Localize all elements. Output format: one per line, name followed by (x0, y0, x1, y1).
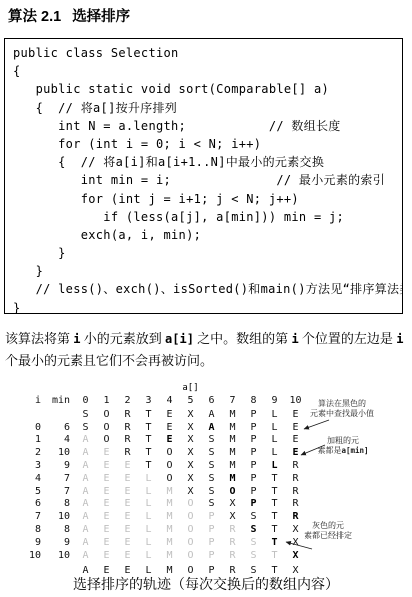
trace-cell: M (222, 460, 243, 473)
code-line: public static void sort(Comparable[] a) (13, 80, 402, 98)
trace-i-value: 4 (25, 473, 41, 486)
trace-cell: E (96, 550, 117, 563)
col-header-index: 9 (264, 395, 285, 408)
col-header-i: i (25, 395, 41, 408)
trace-cell: S (243, 550, 264, 563)
code-line: } (13, 244, 402, 262)
trace-cell: P (243, 486, 264, 499)
trace-cell: X (180, 409, 201, 422)
code-line: exch(a, i, min); (13, 226, 402, 244)
code-line: { // 将a[]按升序排列 (13, 99, 402, 117)
trace-cell: O (96, 409, 117, 422)
annotation-line: 算法在黑色的 (308, 399, 376, 409)
trace-cell: O (180, 537, 201, 550)
code-line: int min = i; // 最小元素的索引 (13, 171, 402, 189)
trace-cell: T (264, 550, 285, 563)
trace-cell: E (117, 473, 138, 486)
text-run: 小的元素放到 (81, 331, 166, 346)
trace-cell: P (201, 550, 222, 563)
trace-cell: T (138, 409, 159, 422)
trace-cell: O (96, 422, 117, 435)
trace-i-value: 5 (25, 486, 41, 499)
trace-cell: A (201, 409, 222, 422)
trace-cell: P (201, 511, 222, 524)
trace-table: imin012345678910SORTEXAMPLE06SORTEXAMPLE… (25, 395, 306, 578)
trace-cell: R (285, 473, 306, 486)
trace-cell: O (222, 486, 243, 499)
trace-cell: R (222, 537, 243, 550)
trace-row: 06SORTEXAMPLE (25, 422, 306, 435)
trace-cell: A (75, 524, 96, 537)
code-line: for (int j = i+1; j < N; j++) (13, 190, 402, 208)
trace-min-value (41, 409, 70, 422)
figure-caption: 选择排序的轨迹（每次交换后的数组内容） (0, 574, 412, 594)
trace-row: 68AEELMOSXPTR (25, 498, 306, 511)
code-line: // less()、exch()、isSorted()和main()方法见“排序… (13, 280, 402, 298)
trace-cell: L (138, 473, 159, 486)
trace-cell: E (117, 498, 138, 511)
code-line: } (13, 262, 402, 280)
trace-min-value: 10 (41, 550, 70, 563)
trace-cell: M (159, 498, 180, 511)
trace-cell: X (180, 473, 201, 486)
trace-cell: T (138, 422, 159, 435)
trace-cell: L (264, 422, 285, 435)
trace-i-value: 8 (25, 524, 41, 537)
trace-cell: E (285, 422, 306, 435)
trace-row: 210AERTOXSMPLE (25, 447, 306, 460)
trace-i-value: 2 (25, 447, 41, 460)
text-run: 灰色的元 (312, 521, 344, 530)
trace-min-value: 9 (41, 537, 70, 550)
trace-cell: L (138, 524, 159, 537)
trace-i-value: 1 (25, 434, 41, 447)
code-block: public class Selection{ public static vo… (4, 38, 403, 314)
trace-i-value: 9 (25, 537, 41, 550)
trace-cell: R (285, 460, 306, 473)
trace-cell: O (180, 550, 201, 563)
trace-cell: T (264, 498, 285, 511)
code-line: if (less(a[j], a[min])) min = j; (13, 208, 402, 226)
trace-min-value: 7 (41, 473, 70, 486)
trace-cell: L (138, 550, 159, 563)
trace-min-value: 6 (41, 422, 70, 435)
trace-min-value: 4 (41, 434, 70, 447)
trace-cell: T (264, 537, 285, 550)
description-paragraph: 该算法将第 i 小的元素放到 a[i] 之中。数组的第 i 个位置的左边是 i … (5, 328, 404, 372)
trace-cell: E (96, 460, 117, 473)
col-header-index: 2 (117, 395, 138, 408)
trace-cell: M (222, 473, 243, 486)
trace-cell: E (117, 524, 138, 537)
trace-cell: X (180, 460, 201, 473)
trace-cell: P (243, 422, 264, 435)
code-line: public class Selection (13, 44, 402, 62)
page-title: 算法 2.1选择排序 (8, 5, 130, 26)
text-run: 元素中查找最小值 (310, 409, 374, 418)
trace-cell: O (180, 524, 201, 537)
trace-cell: A (75, 511, 96, 524)
trace-cell: R (117, 434, 138, 447)
trace-cell: S (201, 498, 222, 511)
trace-cell: E (96, 537, 117, 550)
trace-min-value: 8 (41, 524, 70, 537)
trace-cell: A (75, 550, 96, 563)
trace-cell: E (117, 537, 138, 550)
trace-cell: P (201, 524, 222, 537)
annotation-line: 元素中查找最小值 (308, 409, 376, 419)
trace-i-value: 6 (25, 498, 41, 511)
trace-cell: L (264, 447, 285, 460)
trace-cell: X (180, 434, 201, 447)
trace-cell: R (222, 550, 243, 563)
trace-min-value: 10 (41, 447, 70, 460)
code-line: int N = a.length; // 数组长度 (13, 117, 402, 135)
trace-cell: E (159, 409, 180, 422)
trace-cell: M (159, 550, 180, 563)
trace-i-value: 0 (25, 422, 41, 435)
trace-cell: E (117, 511, 138, 524)
annotation-gray-sorted: 灰色的元素都已经排定 (300, 521, 356, 540)
trace-cell: M (159, 537, 180, 550)
algorithm-name: 选择排序 (72, 9, 130, 25)
trace-i-value: 7 (25, 511, 41, 524)
trace-cell: X (180, 447, 201, 460)
trace-cell: E (117, 486, 138, 499)
trace-cell: S (201, 460, 222, 473)
trace-cell: O (180, 498, 201, 511)
trace-cell: R (285, 498, 306, 511)
text-run: 个最小的元素且它们不会再被访问。 (5, 353, 213, 368)
trace-row: 39AEETOXSMPLR (25, 460, 306, 473)
col-header-index: 7 (222, 395, 243, 408)
trace-cell: X (180, 486, 201, 499)
code-line: { // 将a[i]和a[i+1..N]中最小的元素交换 (13, 153, 402, 171)
trace-cell: L (264, 460, 285, 473)
trace-cell: O (96, 434, 117, 447)
trace-cell: A (75, 447, 96, 460)
trace-cell: T (138, 447, 159, 460)
trace-cell: E (285, 409, 306, 422)
annotation-black-search: 算法在黑色的元素中查找最小值 (308, 399, 376, 418)
trace-cell: O (180, 511, 201, 524)
text-run: 之中。数组的第 (194, 331, 292, 346)
trace-cell: S (243, 524, 264, 537)
trace-cell: T (138, 434, 159, 447)
trace-cell: S (75, 422, 96, 435)
trace-cell: L (138, 537, 159, 550)
trace-cell: A (201, 422, 222, 435)
trace-cell: M (159, 511, 180, 524)
trace-header-row: imin012345678910 (25, 395, 306, 408)
trace-cell: E (159, 434, 180, 447)
code-line: for (int i = 0; i < N; i++) (13, 135, 402, 153)
code-term: a[min] (341, 446, 368, 455)
trace-cell: X (285, 550, 306, 563)
trace-cell: A (75, 537, 96, 550)
trace-min-value: 10 (41, 511, 70, 524)
trace-cell: E (96, 524, 117, 537)
trace-row: 57AEELMXSOPTR (25, 486, 306, 499)
col-header-index: 3 (138, 395, 159, 408)
trace-cell: P (243, 409, 264, 422)
annotation-line: 素都是a[min] (314, 446, 372, 456)
col-header-index: 4 (159, 395, 180, 408)
trace-cell: M (222, 409, 243, 422)
col-header-index: 0 (75, 395, 96, 408)
trace-cell: E (285, 434, 306, 447)
code-term: i (396, 332, 403, 346)
trace-row: 14AORTEXSMPLE (25, 434, 306, 447)
trace-i-value: 10 (25, 550, 41, 563)
trace-cell: A (75, 473, 96, 486)
col-header-min: min (41, 395, 70, 408)
trace-cell: S (201, 486, 222, 499)
trace-cell: L (138, 486, 159, 499)
trace-cell: T (264, 486, 285, 499)
code-line: { (13, 62, 402, 80)
trace-cell: S (243, 511, 264, 524)
trace-cell: E (96, 447, 117, 460)
trace-row: 1010AEELMOPRSTX (25, 550, 306, 563)
annotation-bold-min: 加粗的元素都是a[min] (314, 436, 372, 455)
trace-cell: E (159, 422, 180, 435)
trace-cell: P (243, 447, 264, 460)
text-run: 个位置的左边是 (299, 331, 397, 346)
trace-cell: P (243, 498, 264, 511)
text-run: 该算法将第 (5, 331, 73, 346)
col-header-index: 6 (201, 395, 222, 408)
trace-row: 47AEELOXSMPTR (25, 473, 306, 486)
trace-row: SORTEXAMPLE (25, 409, 306, 422)
trace-cell: E (117, 550, 138, 563)
trace-cell: L (264, 409, 285, 422)
trace-min-value: 7 (41, 486, 70, 499)
trace-cell: X (222, 498, 243, 511)
trace-cell: R (285, 486, 306, 499)
trace-row: 710AEELMOPXSTR (25, 511, 306, 524)
trace-cell: M (222, 422, 243, 435)
trace-row: 99AEELMOPRSTX (25, 537, 306, 550)
trace-cell: S (75, 409, 96, 422)
annotation-line: 素都已经排定 (300, 531, 356, 541)
trace-cell: M (159, 524, 180, 537)
trace-cell: O (159, 460, 180, 473)
trace-cell: T (264, 473, 285, 486)
trace-cell: P (201, 537, 222, 550)
trace-cell: S (201, 447, 222, 460)
trace-cell: L (138, 498, 159, 511)
trace-min-value: 8 (41, 498, 70, 511)
trace-cell: P (243, 460, 264, 473)
trace-cell: R (117, 422, 138, 435)
text-run: 算法在黑色的 (318, 399, 366, 408)
trace-cell: S (243, 537, 264, 550)
trace-cell: X (180, 422, 201, 435)
arrow-black-search (304, 420, 329, 429)
trace-row: 88AEELMOPRSTX (25, 524, 306, 537)
trace-cell: M (222, 447, 243, 460)
trace-cell: E (285, 447, 306, 460)
trace-cell: X (222, 511, 243, 524)
col-header-index: 10 (285, 395, 306, 408)
code-line: } (13, 299, 402, 314)
col-header-index: 5 (180, 395, 201, 408)
algorithm-number: 算法 2.1 (8, 9, 61, 25)
trace-cell: R (117, 447, 138, 460)
annotation-line: 加粗的元 (314, 436, 372, 446)
trace-i-value (25, 409, 41, 422)
text-run: 素都是 (317, 446, 341, 455)
col-header-index: 8 (243, 395, 264, 408)
trace-i-value: 3 (25, 460, 41, 473)
code-term: a[i] (165, 332, 194, 346)
trace-cell: A (75, 498, 96, 511)
trace-cell: M (222, 434, 243, 447)
trace-cell: M (159, 486, 180, 499)
col-header-index: 1 (96, 395, 117, 408)
trace-min-value: 9 (41, 460, 70, 473)
text-run: 加粗的元 (327, 436, 359, 445)
trace-cell: A (75, 460, 96, 473)
trace-cell: S (201, 434, 222, 447)
trace-cell: E (96, 511, 117, 524)
code-term: i (73, 332, 80, 346)
trace-cell: T (264, 524, 285, 537)
trace-cell: P (243, 434, 264, 447)
trace-cell: E (96, 498, 117, 511)
trace-cell: E (96, 473, 117, 486)
trace-cell: A (75, 434, 96, 447)
book-page: 算法 2.1选择排序 public class Selection{ publi… (0, 0, 412, 597)
trace-cell: P (243, 473, 264, 486)
trace-cell: O (159, 473, 180, 486)
text-run: 素都已经排定 (304, 531, 352, 540)
trace-cell: T (264, 511, 285, 524)
trace-cell: O (159, 447, 180, 460)
code-term: i (291, 332, 298, 346)
trace-cell: E (96, 486, 117, 499)
trace-cell: L (138, 511, 159, 524)
trace-cell: R (117, 409, 138, 422)
trace-cell: L (264, 434, 285, 447)
array-label: a[] (75, 383, 306, 393)
trace-cell: E (117, 460, 138, 473)
trace-cell: R (222, 524, 243, 537)
trace-cell: A (75, 486, 96, 499)
annotation-line: 灰色的元 (300, 521, 356, 531)
trace-cell: T (138, 460, 159, 473)
trace-cell: S (201, 473, 222, 486)
